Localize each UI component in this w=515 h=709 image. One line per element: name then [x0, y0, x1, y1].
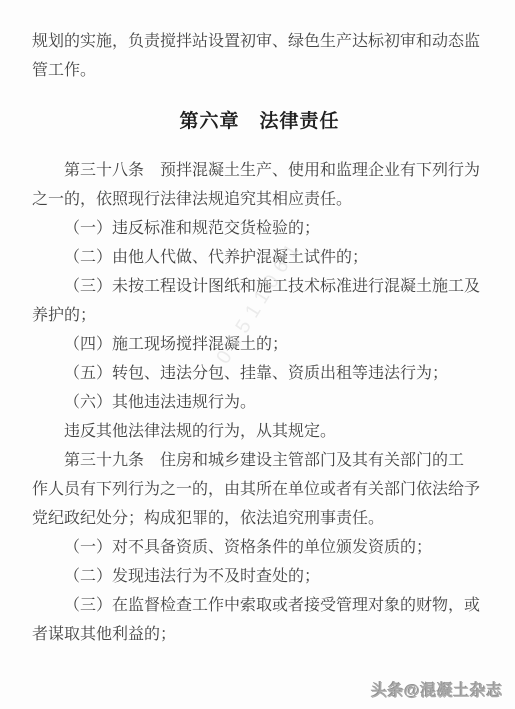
document-line: （五）转包、违法分包、挂靠、资质出租等违法行为；	[32, 359, 487, 388]
document-line: （一）违反标准和规范交货检验的；	[32, 214, 487, 243]
document-line: 管工作。	[32, 56, 487, 85]
document-line: 第三十九条 住房和城乡建设主管部门及其有关部门的工	[32, 446, 487, 475]
document-line: 养护的；	[32, 301, 487, 330]
chapter-heading: 第六章 法律责任	[32, 107, 487, 136]
document-line: 第三十八条 预拌混凝土生产、使用和监理企业有下列行为	[32, 156, 487, 185]
document-line: 之一的，依照现行法律法规追究其相应责任。	[32, 185, 487, 214]
document-line: （三）未按工程设计图纸和施工技术标准进行混凝土施工及	[32, 272, 487, 301]
document-line: 作人员有下列行为之一的，由其所在单位或者有关部门依法给予	[32, 475, 487, 504]
document-line: 者谋取其他利益的；	[32, 620, 487, 649]
document-line: 违反其他法律法规的行为，从其规定。	[32, 417, 487, 446]
document-line: （一）对不具备资质、资格条件的单位颁发资质的；	[32, 533, 487, 562]
document-line: （四）施工现场搅拌混凝土的；	[32, 330, 487, 359]
document-line: （三）在监督检查工作中索取或者接受管理对象的财物，或	[32, 591, 487, 620]
document-line: （二）由他人代做、代养护混凝土试件的；	[32, 243, 487, 272]
document-line: 规划的实施，负责搅拌站设置初审、绿色生产达标初审和动态监	[32, 27, 487, 56]
document-line: （六）其他违法违规行为。	[32, 388, 487, 417]
document-page: 04511061 规划的实施，负责搅拌站设置初审、绿色生产达标初审和动态监 管工…	[0, 0, 515, 709]
publisher-watermark: 头条@混凝土杂志	[371, 678, 503, 701]
document-line: 党纪政纪处分；构成犯罪的，依法追究刑事责任。	[32, 504, 487, 533]
document-line: （二）发现违法行为不及时查处的；	[32, 562, 487, 591]
